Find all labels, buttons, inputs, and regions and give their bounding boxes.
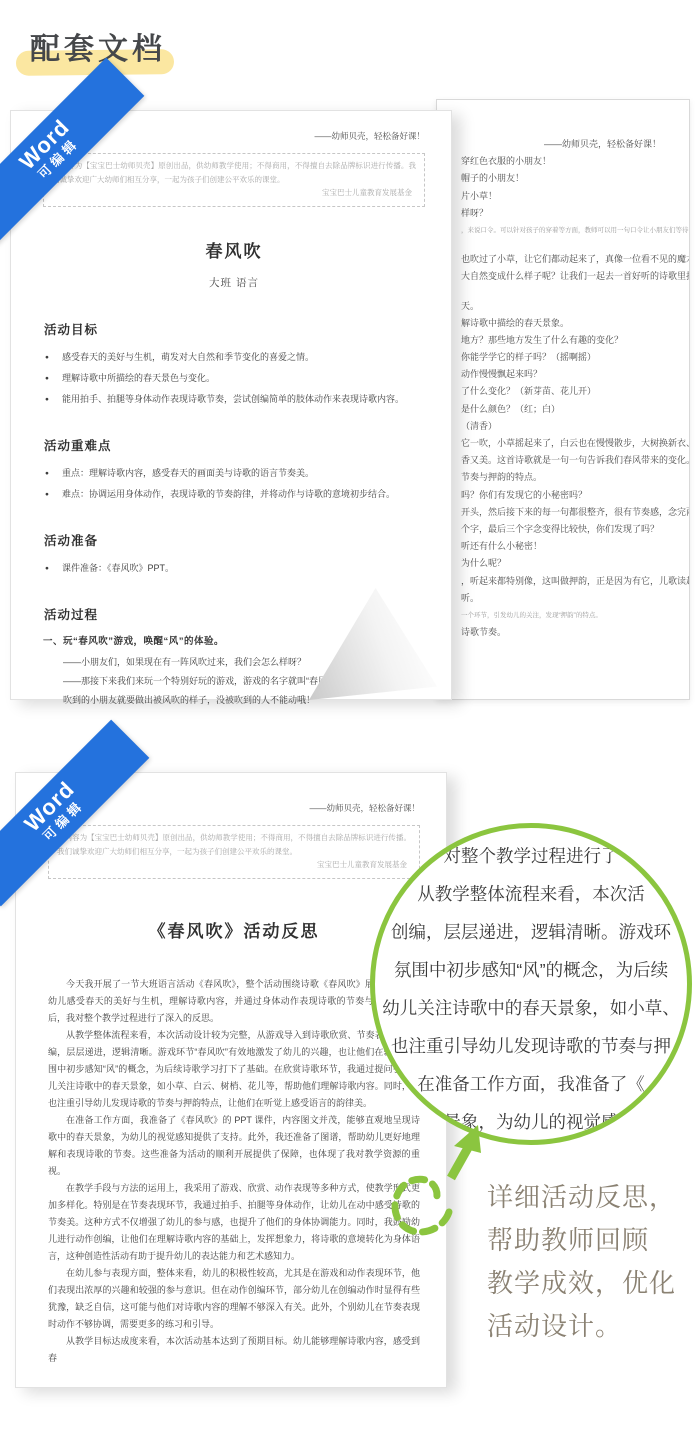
keypoint-item: 难点：协调运用身体动作，表现诗歌的节奏韵律，并将动作与诗歌的意境初步结合。 <box>43 484 425 505</box>
reflection-paragraph: 从教学目标达成度来看，本次活动基本达到了预期目标。幼儿能够理解诗歌内容，感受到春 <box>48 1333 420 1367</box>
back-page-line: 动作慢慢飘起来吗？ <box>461 366 689 383</box>
copyright-text: 本内容为【宝宝巴士幼师贝壳】原创出品，供幼师教学使用；不得商用，不得擅自去除品牌… <box>57 831 411 858</box>
back-page-line: 你能学学它的样子吗？（摇啊摇） <box>461 349 689 366</box>
magnified-text: 对整个教学过程进行了从教学整体流程来看，本次活创编，层层递进，逻辑清晰。游戏环氛… <box>375 828 687 1141</box>
goals-list: 感受春天的美好与生机，萌发对大自然和季节变化的喜爱之情。理解诗歌中所描绘的春天景… <box>43 347 425 410</box>
doc-title: 《春风吹》活动反思 <box>48 917 420 942</box>
copyright-text: 本内容为【宝宝巴士幼师贝壳】原创出品，供幼师教学使用；不得商用，不得擅自去除品牌… <box>52 159 416 186</box>
back-page-line: 片小草！ <box>461 188 689 205</box>
back-page-line: 是什么颜色？（红；白） <box>461 401 689 418</box>
back-page-line: 大自然变成什么样子呢？让我们一起去一首好听的诗歌里找找 <box>461 268 689 285</box>
magnified-line: 创编，层层递进，逻辑清晰。游戏环 <box>375 913 687 951</box>
back-page-line: ，听起来都特别像，这叫做押韵，正是因为有它，儿歌读起来 <box>461 573 689 590</box>
back-page-line: 了什么变化？（新芽苗、花儿开） <box>461 383 689 400</box>
back-page-line: 样呀？ <box>461 205 689 222</box>
back-page-line: 帽子的小朋友！ <box>461 170 689 187</box>
magnified-line: 氛围中初步感知“风”的概念，为后续 <box>375 951 687 989</box>
back-page-line: 地方？那些地方发生了什么有趣的变化？ <box>461 332 689 349</box>
back-page-line: 节奏与押韵的特点。 <box>461 469 689 486</box>
back-page-line: ，来说口令。可以针对孩子的穿着等方面，教师可以用一句口令让小朋友们等待下一轮 <box>461 222 689 239</box>
prep-list: 课件准备：《春风吹》PPT。 <box>43 558 425 579</box>
back-page-line: 吗？你们有发现它的小秘密吗？ <box>461 487 689 504</box>
back-page-line: 听。 <box>461 590 689 607</box>
zoom-magnifier-circle: 对整个教学过程进行了从教学整体流程来看，本次活创编，层层递进，逻辑清晰。游戏环氛… <box>370 823 692 1145</box>
back-page-line <box>461 239 689 251</box>
lesson-plan-page-2: ——幼师贝壳，轻松备好课！穿红色衣服的小朋友！帽子的小朋友！片小草！样呀？，来说… <box>436 99 690 700</box>
back-page-line: 个字，最后三个字念变得比较快，你们发现了吗？ <box>461 521 689 538</box>
caption-line: 详细活动反思， <box>487 1176 692 1219</box>
section-heading: 配套文档 <box>30 24 166 68</box>
back-page-line: ——幼师贝壳，轻松备好课！ <box>461 136 689 153</box>
page-title: 配套文档 <box>30 33 166 66</box>
back-page-line: 一个环节，引发幼儿的关注，发现“押韵”的特点。 <box>461 607 689 624</box>
caption-line: 活动设计。 <box>487 1305 692 1348</box>
magnified-line: 也注重引导幼儿发现诗歌的节奏与押 <box>375 1027 687 1065</box>
reflection-paragraph: 在准备工作方面，我准备了《春风吹》的 PPT 课件，内容图文并茂，能够直观地呈现… <box>48 1112 420 1180</box>
back-page-line: 为什么呢？ <box>461 555 689 572</box>
magnified-line: 幼儿关注诗歌中的春天景象，如小草、 <box>375 989 687 1027</box>
zoom-arrow-icon <box>383 1116 493 1266</box>
magnified-line: 在准备工作方面，我准备了《 <box>375 1065 687 1103</box>
reflection-page-1: Word 可编辑 ——幼师贝壳，轻松备好课！ 本内容为【宝宝巴士幼师贝壳】原创出… <box>15 772 447 1388</box>
magnified-line: 从教学整体流程来看，本次活 <box>375 875 687 913</box>
reflection-paragraphs: 今天我开展了一节大班语言活动《春风吹》，整个活动围绕诗歌《春风吹》展开，旨在让幼… <box>48 976 420 1367</box>
caption-line: 教学成效，优化 <box>487 1262 692 1305</box>
reflection-paragraph: 在教学手段与方法的运用上，我采用了游戏、欣赏、动作表现等多种方式，使教学形式更加… <box>48 1180 420 1265</box>
back-page-line: 天。 <box>461 298 689 315</box>
copyright-box: 本内容为【宝宝巴士幼师贝壳】原创出品，供幼师教学使用；不得商用，不得擅自去除品牌… <box>48 825 420 879</box>
copyright-sign: 宝宝巴士儿童教育发展基金 <box>57 858 411 872</box>
prep-item: 课件准备：《春风吹》PPT。 <box>43 558 425 579</box>
back-page-line: 诗歌节奏。 <box>461 624 689 641</box>
lesson-plan-page-1: Word 可编辑 ——幼师贝壳，轻松备好课！ 本内容为【宝宝巴士幼师贝壳】原创出… <box>10 110 452 700</box>
goal-item: 感受春天的美好与生机，萌发对大自然和季节变化的喜爱之情。 <box>43 347 425 368</box>
back-page-line: 听还有什么小秘密！ <box>461 538 689 555</box>
reflection-paragraph: 从教学整体流程来看，本次活动设计较为完整，从游戏导入到诗歌欣赏、节奏表现再到创编… <box>48 1027 420 1112</box>
keypoint-item: 重点：理解诗歌内容，感受春天的画面美与诗歌的语言节奏美。 <box>43 463 425 484</box>
feature-caption: 详细活动反思，帮助教师回顾教学成效，优化活动设计。 <box>487 1176 692 1348</box>
back-page-line: 也吹过了小草，让它们都动起来了，真像一位看不见的魔术师！ <box>461 251 689 268</box>
back-page-line: 它一吹，小草摇起来了，白云也在慢慢散步，大树换新衣、花 <box>461 435 689 452</box>
goal-item: 理解诗歌中所描绘的春天景色与变化。 <box>43 368 425 389</box>
back-page-line: 开头，然后接下来的每一句都很整齐，很有节奏感，念完两 <box>461 504 689 521</box>
keypoints-list: 重点：理解诗歌内容，感受春天的画面美与诗歌的语言节奏美。难点：协调运用身体动作，… <box>43 463 425 505</box>
doc-subtitle: 大班 语言 <box>43 275 425 290</box>
goal-item: 能用拍手、拍腿等身体动作表现诗歌节奏，尝试创编简单的肢体动作来表现诗歌内容。 <box>43 389 425 410</box>
copyright-box: 本内容为【宝宝巴士幼师贝壳】原创出品，供幼师教学使用；不得商用，不得擅自去除品牌… <box>43 153 425 207</box>
back-page-line: 穿红色衣服的小朋友！ <box>461 153 689 170</box>
section-prep: 活动准备 <box>44 531 425 549</box>
reflection-paragraph: 在幼儿参与表现方面，整体来看，幼儿的积极性较高，尤其是在游戏和动作表现环节，他们… <box>48 1265 420 1333</box>
reflection-paragraph: 今天我开展了一节大班语言活动《春风吹》，整个活动围绕诗歌《春风吹》展开，旨在让幼… <box>48 976 420 1027</box>
section-keypoints: 活动重难点 <box>44 436 425 454</box>
doc-header-note: ——幼师贝壳，轻松备好课！ <box>48 803 420 813</box>
copyright-sign: 宝宝巴士儿童教育发展基金 <box>52 186 416 200</box>
back-page-line: （清香） <box>461 418 689 435</box>
back-page-line: 香又美。这首诗歌就是一句一句告诉我们春风带来的变化。 <box>461 452 689 469</box>
caption-line: 帮助教师回顾 <box>487 1219 692 1262</box>
back-page-line <box>461 286 689 298</box>
back-page-line: 解诗歌中描绘的春天景象。 <box>461 315 689 332</box>
section-goals: 活动目标 <box>44 320 425 338</box>
doc-title: 春风吹 <box>43 237 425 262</box>
